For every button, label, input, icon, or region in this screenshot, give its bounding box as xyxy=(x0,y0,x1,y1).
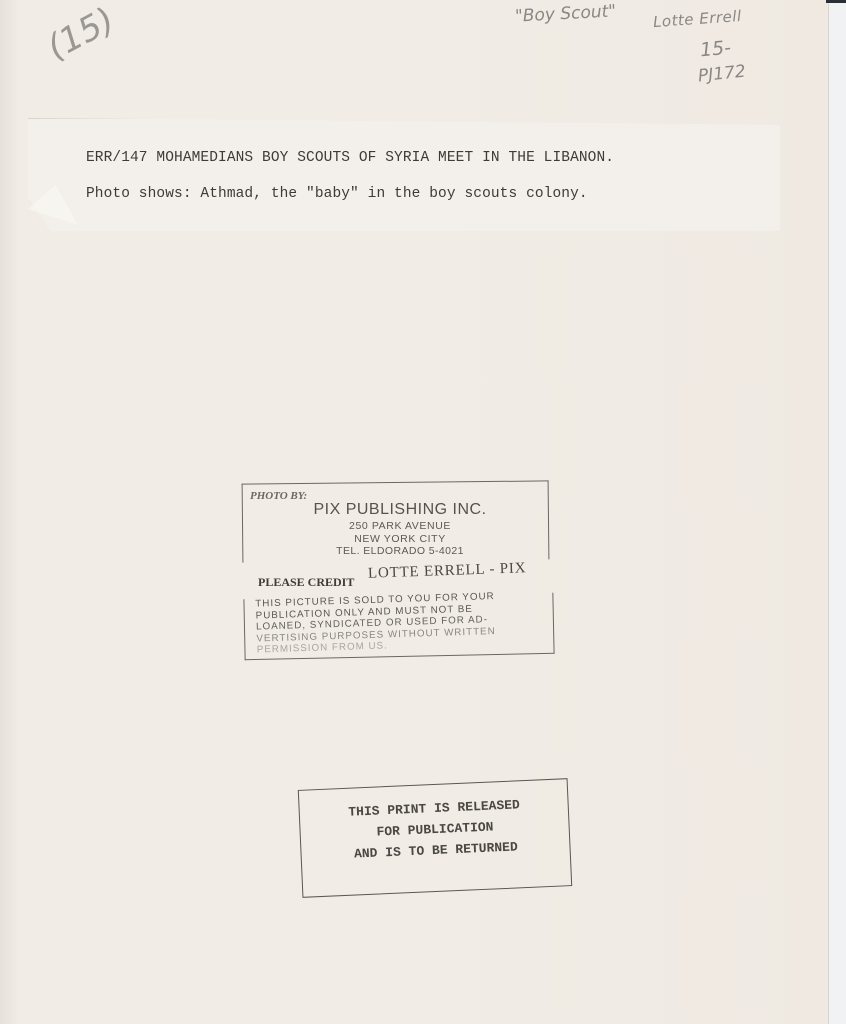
caption-line-description: Photo shows: Athmad, the "baby" in the b… xyxy=(86,186,588,202)
scan-edge-dark-corner xyxy=(826,0,846,3)
caption-label-strip xyxy=(28,118,780,231)
agency-stamp-company: PIX PUBLISHING INC. xyxy=(270,501,530,519)
release-stamp-text: THIS PRINT IS RELEASED FOR PUBLICATION A… xyxy=(309,793,562,867)
agency-stamp-address2: NEW YORK CITY xyxy=(290,533,510,545)
handwritten-price-note: 15- xyxy=(699,37,732,62)
usage-stamp-text: THIS PICTURE IS SOLD TO YOU FOR YOUR PUB… xyxy=(255,589,547,656)
agency-stamp-address1: 250 PARK AVENUE xyxy=(290,520,510,532)
scan-background-edge xyxy=(828,0,846,1024)
caption-line-title: ERR/147 MOHAMEDIANS BOY SCOUTS OF SYRIA … xyxy=(86,150,614,166)
agency-stamp-phone: TEL. ELDORADO 5-4021 xyxy=(290,545,510,557)
credit-stamp-prefix: PLEASE CREDIT xyxy=(258,575,354,590)
